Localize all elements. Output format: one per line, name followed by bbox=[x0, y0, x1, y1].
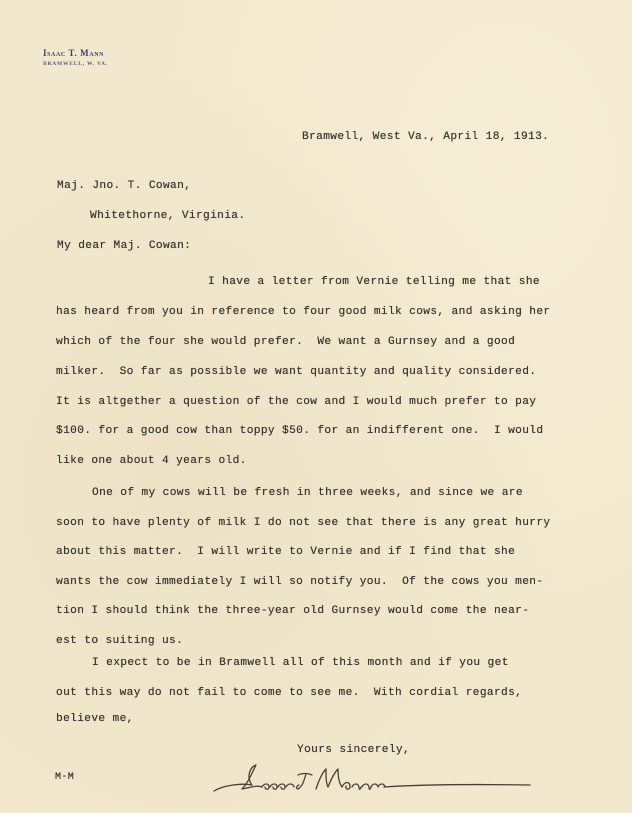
signature bbox=[212, 763, 532, 799]
body-line: milker. So far as possible we want quant… bbox=[56, 366, 536, 378]
body-line: $100. for a good cow than toppy $50. for… bbox=[56, 425, 543, 437]
recipient-address: Whitethorne, Virginia. bbox=[90, 210, 245, 222]
body-line: wants the cow immediately I will so noti… bbox=[56, 576, 543, 588]
body-line: One of my cows will be fresh in three we… bbox=[92, 487, 523, 499]
dateline: Bramwell, West Va., April 18, 1913. bbox=[302, 131, 549, 143]
body-line: believe me, bbox=[56, 713, 134, 725]
body-line: It is altgether a question of the cow an… bbox=[56, 396, 536, 408]
recipient-name: Maj. Jno. T. Cowan, bbox=[57, 180, 191, 192]
letterhead: Isaac T. Mann Bramwell, W. Va. bbox=[43, 47, 108, 69]
signature-icon bbox=[212, 763, 532, 799]
salutation: My dear Maj. Cowan: bbox=[57, 240, 191, 252]
closing: Yours sincerely, bbox=[297, 744, 410, 756]
body-line: I have a letter from Vernie telling me t… bbox=[208, 276, 540, 288]
body-line: about this matter. I will write to Verni… bbox=[56, 546, 515, 558]
body-line: est to suiting us. bbox=[56, 635, 183, 647]
typist-initials: M-M bbox=[55, 772, 74, 783]
body-line: I expect to be in Bramwell all of this m… bbox=[92, 657, 509, 669]
body-line: has heard from you in reference to four … bbox=[56, 306, 550, 318]
letterhead-place: Bramwell, W. Va. bbox=[43, 59, 108, 69]
body-line: like one about 4 years old. bbox=[56, 455, 247, 467]
body-line: soon to have plenty of milk I do not see… bbox=[56, 517, 550, 529]
body-line: out this way do not fail to come to see … bbox=[56, 687, 522, 699]
body-line: which of the four she would prefer. We w… bbox=[56, 336, 515, 348]
body-line: tion I should think the three-year old G… bbox=[56, 605, 529, 617]
letterhead-name: Isaac T. Mann bbox=[43, 47, 108, 59]
